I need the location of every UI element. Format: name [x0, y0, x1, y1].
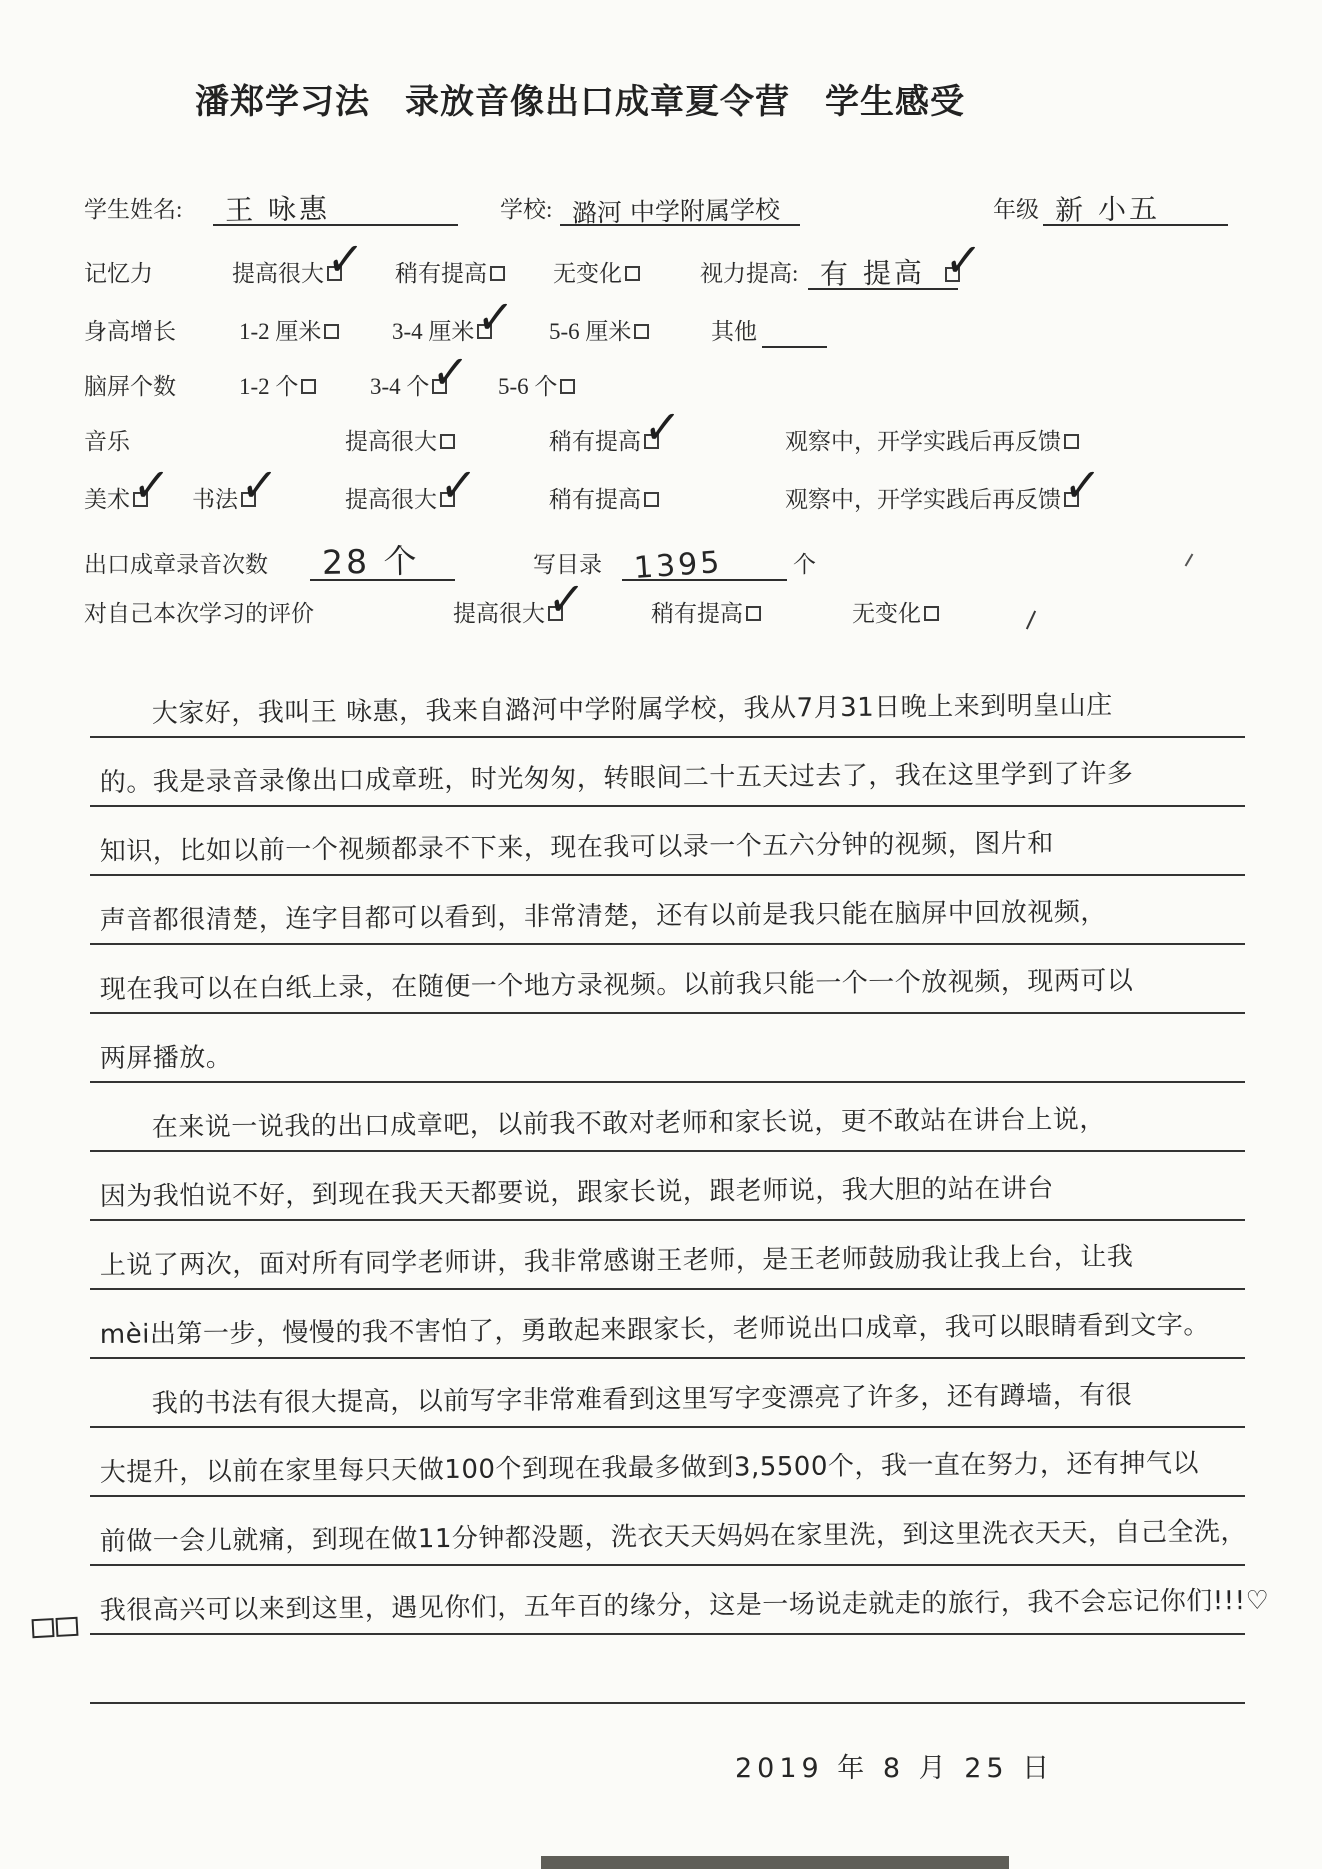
- essay-section: 大家好，我叫王 咏惠，我来自潞河中学附属学校，我从7月31日晚上来到明皇山庄 的…: [90, 669, 1245, 1704]
- stray-pen-mark: [1026, 611, 1036, 630]
- catalog-unit: 个: [793, 546, 816, 579]
- catalog-label: 写目录: [533, 546, 602, 579]
- checkbox: ✓: [625, 266, 640, 281]
- checkmark-icon: ✓: [642, 401, 682, 455]
- essay-line: mèi出第一步，慢慢的我不害怕了，勇敢起来跟家长，老师说出口成章，我可以眼睛看到…: [90, 1290, 1245, 1359]
- checkbox: ✓: [241, 492, 256, 507]
- essay-line: 我的书法有很大提高，以前写字非常难看到这里写字变漂亮了许多，还有蹲墙，有很: [90, 1359, 1245, 1428]
- option-no-change: 无变化✓: [553, 255, 640, 288]
- essay-line: 前做一会儿就痛，到现在做11分钟都没题，洗衣天天妈妈在家里洗，到这里洗衣天天，自…: [90, 1497, 1245, 1566]
- student-name-value: 王 咏惠: [225, 187, 331, 229]
- row-height: 身高增长 1-2 厘米✓ 3-4 厘米✓ 5-6 厘米✓ 其他: [0, 310, 1322, 350]
- catalog-count-field: 1395: [622, 545, 787, 581]
- checkmark-icon: ✓: [325, 233, 365, 287]
- checkmark-icon: ✓: [239, 459, 279, 513]
- option-improve-some: 稍有提高✓: [395, 255, 505, 288]
- option-improve-some: 稍有提高✓: [651, 595, 761, 628]
- option-no-change: 无变化✓: [852, 595, 939, 628]
- vision-value: 有 提高: [820, 251, 926, 293]
- checkbox: ✓: [432, 379, 447, 394]
- date: 2019 年 8 月 25 日: [735, 1746, 1054, 1785]
- margin-doodle-boxes: [32, 1617, 79, 1638]
- music-label: 音乐: [84, 423, 130, 456]
- checkbox: ✓: [324, 324, 339, 339]
- option-improve-big: 提高很大✓: [345, 423, 455, 456]
- checkbox: ✓: [327, 266, 342, 281]
- checkbox: ✓: [301, 379, 316, 394]
- row-art: 美术✓ 书法✓ 提高很大✓ 稍有提高✓ 观察中，开学实践后再反馈✓: [0, 478, 1322, 518]
- checkbox: ✓: [1064, 434, 1079, 449]
- essay-line: 上说了两次，面对所有同学老师讲，我非常感谢王老师，是王老师鼓励我让我上台，让我: [90, 1221, 1245, 1290]
- recording-label: 出口成章录音次数: [84, 546, 268, 579]
- other-field: [762, 320, 827, 348]
- essay-line: 我很高兴可以来到这里，遇见你们，五年百的缘分，这是一场说走就走的旅行，我不会忘记…: [90, 1566, 1245, 1635]
- checkbox: ✓: [548, 606, 563, 621]
- option-improve-some: 稍有提高✓: [549, 423, 659, 456]
- option-observe: 观察中，开学实践后再反馈✓: [785, 423, 1079, 456]
- option-improve-some: 稍有提高✓: [549, 481, 659, 514]
- checkbox: ✓: [440, 434, 455, 449]
- student-name-field: 王 咏惠: [213, 190, 458, 226]
- essay-line: 的。我是录音录像出口成章班，时光匆匆，转眼间二十五天过去了，我在这里学到了许多: [90, 738, 1245, 807]
- checkbox: ✓: [634, 324, 649, 339]
- school-label: 学校:: [500, 191, 552, 224]
- option-improve-big: 提高很大✓: [345, 481, 455, 514]
- evaluation-label: 对自己本次学习的评价: [84, 595, 314, 628]
- checkbox: ✓: [945, 267, 960, 282]
- option-5-6cm: 5-6 厘米✓: [549, 313, 649, 346]
- checkmark-icon: ✓: [438, 459, 478, 513]
- checkbox: ✓: [644, 434, 659, 449]
- checkbox: ✓: [490, 266, 505, 281]
- essay-line: 知识，比如以前一个视频都录不下来，现在我可以录一个五六分钟的视频，图片和: [90, 807, 1245, 876]
- grade-field: 新 小五: [1043, 190, 1228, 226]
- row-evaluation: 对自己本次学习的评价 提高很大✓ 稍有提高✓ 无变化✓: [0, 592, 1322, 632]
- option-improve-big: 提高很大✓: [232, 255, 342, 288]
- grade-value: 新 小五: [1055, 187, 1161, 229]
- option-3-4cm: 3-4 厘米✓: [392, 313, 492, 346]
- school-value: 潞河 中学附属学校: [572, 190, 781, 230]
- option-5-6: 5-6 个✓: [498, 368, 575, 401]
- grade-label: 年级: [993, 191, 1039, 224]
- option-1-2: 1-2 个✓: [239, 368, 316, 401]
- checkbox: ✓: [477, 324, 492, 339]
- essay-line: 在来说一说我的出口成章吧，以前我不敢对老师和家长说，更不敢站在讲台上说，: [90, 1083, 1245, 1152]
- row-student-info: 学生姓名: 王 咏惠 学校: 潞河 中学附属学校 年级 新 小五: [0, 188, 1322, 228]
- essay-line: 现在我可以在白纸上录，在随便一个地方录视频。以前我只能一个一个放视频，现两可以: [90, 945, 1245, 1014]
- essay-line-empty: [90, 1635, 1245, 1704]
- catalog-count-value: 1395: [633, 545, 724, 586]
- checkbox: ✓: [440, 492, 455, 507]
- option-3-4: 3-4 个✓: [370, 368, 447, 401]
- checkmark-icon: ✓: [430, 346, 470, 400]
- row-memory: 记忆力 提高很大✓ 稍有提高✓ 无变化✓ 视力提高: 有 提高 ✓: [0, 252, 1322, 292]
- checkbox: ✓: [924, 606, 939, 621]
- essay-line: 声音都很清楚，连字目都可以看到，非常清楚，还有以前是我只能在脑屏中回放视频，: [90, 876, 1245, 945]
- checkmark-icon: ✓: [131, 459, 171, 513]
- checkbox: ✓: [644, 492, 659, 507]
- checkbox: ✓: [746, 606, 761, 621]
- page-title: 潘郑学习法 录放音像出口成章夏令营 学生感受: [195, 74, 965, 123]
- scanned-form-page: 潘郑学习法 录放音像出口成章夏令营 学生感受 学生姓名: 王 咏惠 学校: 潞河…: [0, 0, 1322, 1869]
- checkbox: ✓: [133, 492, 148, 507]
- recording-count-field: 28 个: [310, 545, 455, 581]
- recording-count-value: 28 个: [322, 535, 420, 584]
- checkmark-icon: ✓: [475, 291, 515, 345]
- art-label: 美术✓: [84, 481, 148, 514]
- essay-line: 两屏播放。: [90, 1014, 1245, 1083]
- checkmark-icon: ✓: [1062, 459, 1102, 513]
- brain-label: 脑屏个数: [84, 368, 176, 401]
- essay-line: 大家好，我叫王 咏惠，我来自潞河中学附属学校，我从7月31日晚上来到明皇山庄: [90, 669, 1245, 738]
- student-name-label: 学生姓名:: [84, 191, 182, 224]
- row-brain-screens: 脑屏个数 1-2 个✓ 3-4 个✓ 5-6 个✓: [0, 365, 1322, 405]
- vision-label: 视力提高:: [700, 255, 798, 288]
- row-music: 音乐 提高很大✓ 稍有提高✓ 观察中，开学实践后再反馈✓: [0, 420, 1322, 460]
- essay-line: 因为我怕说不好，到现在我天天都要说，跟家长说，跟老师说，我大胆的站在讲台: [90, 1152, 1245, 1221]
- school-field: 潞河 中学附属学校: [560, 190, 800, 226]
- scan-artifact-bar: [541, 1856, 1009, 1869]
- checkmark-icon: ✓: [943, 234, 983, 288]
- checkbox: ✓: [1064, 492, 1079, 507]
- memory-label: 记忆力: [84, 255, 153, 288]
- option-improve-big: 提高很大✓: [453, 595, 563, 628]
- essay-line: 大提升，以前在家里每只天做100个到现在我最多做到3,5500个，我一直在努力，…: [90, 1428, 1245, 1497]
- row-recording-count: 出口成章录音次数 28 个 写目录 1395 个: [0, 543, 1322, 583]
- calligraphy-label: 书法✓: [192, 481, 256, 514]
- height-label: 身高增长: [84, 313, 176, 346]
- option-1-2cm: 1-2 厘米✓: [239, 313, 339, 346]
- other-label: 其他: [711, 313, 757, 346]
- checkbox: ✓: [560, 379, 575, 394]
- option-observe: 观察中，开学实践后再反馈✓: [785, 481, 1079, 514]
- vision-field: 有 提高 ✓: [808, 254, 958, 290]
